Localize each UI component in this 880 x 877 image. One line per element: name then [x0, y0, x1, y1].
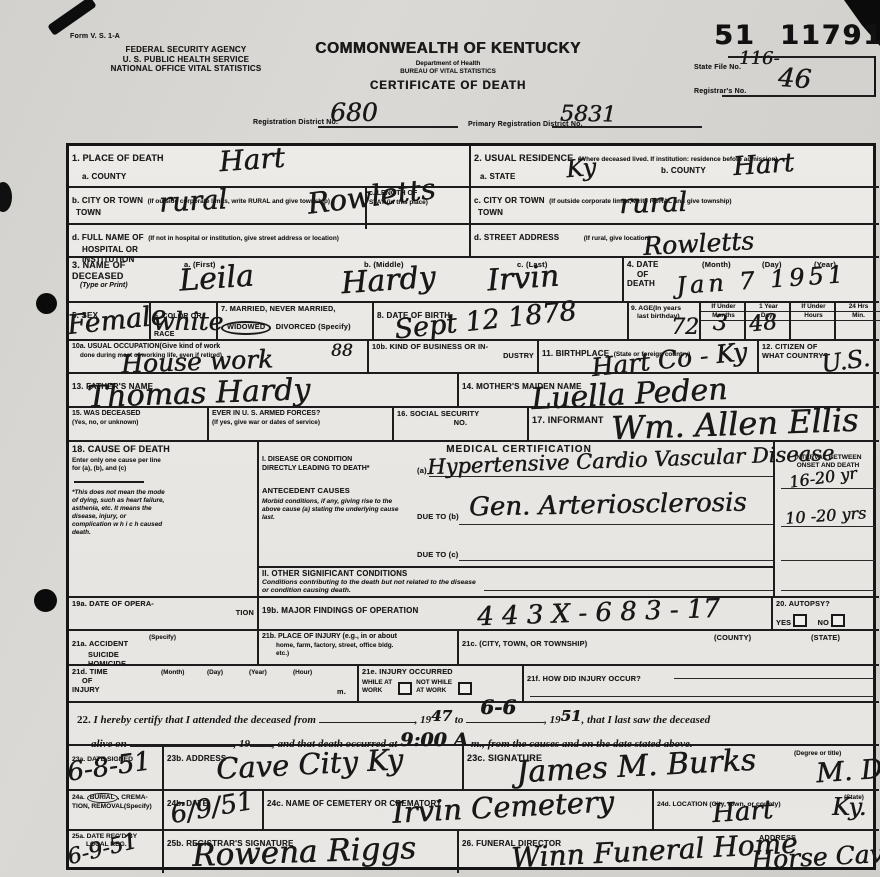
birthplace-cell: 11. BIRTHPLACE (State or foreign country…: [539, 341, 759, 374]
cause-of-death-side-cell: 18. CAUSE OF DEATH Enter only one cause …: [69, 442, 259, 598]
autopsy-no-checkbox: [831, 614, 845, 627]
registrar-signature-value: Rowena Riggs: [192, 833, 417, 872]
date-signed-cell: 23a. DATE SIGNED 6-8-51: [69, 746, 164, 791]
age-min-col: 24 Hrs Min.: [834, 303, 880, 341]
middle-name-value: Hardy: [340, 263, 436, 300]
injury-place-label: 21b. PLACE OF INJURY (e.g., in or about: [262, 633, 454, 642]
scan-edge-mark: [0, 182, 12, 212]
hospital-cell: d. FULL NAME OF (If not in hospital or i…: [69, 225, 471, 258]
street-address-cell: d. STREET ADDRESS (If rural, give locati…: [471, 225, 879, 258]
injury-place-note2: etc.): [276, 650, 454, 658]
title-block: COMMONWEALTH OF KENTUCKY Department of H…: [300, 40, 596, 92]
injury-city-label: 21c. (CITY, TOWN, OR TOWNSHIP): [462, 639, 587, 648]
residence-cell: 2. USUAL RESIDENCE (Where deceased lived…: [471, 146, 879, 188]
street-label: d. STREET ADDRESS: [474, 233, 559, 242]
certify-to-year: 51: [561, 707, 582, 725]
registrar-no-value: 46: [777, 65, 812, 93]
marital-label: 7. MARRIED, NEVER MARRIED,: [221, 305, 369, 314]
signature-degree: M. D: [815, 756, 880, 788]
age-col-head: 24 Hrs: [836, 303, 880, 312]
dod-title1: 4. DATE: [627, 260, 658, 270]
citizen-value: U.S.: [820, 346, 872, 377]
place-county-label: a. COUNTY: [82, 172, 126, 181]
street-value: Rowletts: [642, 228, 754, 259]
marital-cell: 7. MARRIED, NEVER MARRIED, WIDOWED DIVOR…: [218, 303, 374, 341]
scanned-death-certificate: Form V. S. 1-A FEDERAL SECURITY AGENCY U…: [0, 0, 880, 877]
morbid-note: Morbid conditions, if any, giving rise t…: [262, 498, 410, 522]
findings-value: 4 4 3 X - 6 8 3 - 17: [477, 596, 721, 630]
cause-a-label: (a): [417, 466, 427, 475]
name-title: 3. NAME OF DECEASED: [72, 260, 178, 282]
burial-location-cell: 24d. LOCATION (City, town, or county) (S…: [654, 791, 879, 831]
injury-county-label: (COUNTY): [714, 634, 751, 643]
burial-type-cell: 24a. BURIAL, CREMA- TION, REMOVAL(Specif…: [69, 791, 164, 831]
burial-rest1: , CREMA-: [118, 794, 148, 801]
stamped-volume-number: 51: [714, 20, 756, 51]
certify-text-4: , that I last saw the deceased: [581, 714, 710, 726]
stamped-certificate-number: 11791: [780, 20, 880, 51]
injury-day-label: (Day): [207, 669, 223, 677]
medical-certification-cell: MEDICAL CERTIFICATION I. DISEASE OR COND…: [259, 442, 879, 598]
ssn-cell: 16. SOCIAL SECURITY NO.: [394, 408, 529, 442]
accident-label1: 21a. ACCIDENT: [72, 639, 128, 648]
informant-value: Wm. Allen Ellis: [611, 404, 859, 445]
first-name-value: Leila: [178, 261, 255, 296]
residence-county-value: Hart: [732, 150, 795, 180]
injury-month-label: (Month): [161, 669, 184, 677]
residence-city-label: c. CITY OR TOWN: [474, 196, 545, 205]
autopsy-cell: 20. AUTOPSY? YES NO: [773, 598, 879, 631]
hospital-note: (If not in hospital or institution, give…: [148, 235, 339, 242]
age-hours-col: If Under Hours: [789, 303, 836, 341]
certify-text-1: I hereby certify that I attended the dec…: [94, 714, 316, 726]
father-value: Thomas Hardy: [87, 375, 311, 413]
due-to-b-label: DUE TO (b): [417, 512, 459, 521]
hospital-label: d. FULL NAME OF: [72, 233, 144, 242]
autopsy-yes-checkbox: [793, 614, 807, 627]
injury-how-label: 21f. HOW DID INJURY OCCUR?: [527, 674, 641, 683]
age-value: 72: [671, 317, 699, 339]
not-at-work-label: NOT WHILE: [416, 679, 452, 687]
burial-rest2: TION, REMOVAL(Specify): [72, 803, 159, 811]
agency-block: FEDERAL SECURITY AGENCY U. S. PUBLIC HEA…: [74, 45, 298, 74]
signer-address-value: Cave City Ky: [215, 745, 403, 784]
autopsy-yes-label: YES: [776, 618, 791, 627]
autopsy-no-label: NO: [818, 618, 829, 627]
signature-value: James M. Burks: [515, 746, 756, 789]
major-findings-cell: 19b. MAJOR FINDINGS OF OPERATION 4 4 3 X…: [259, 598, 773, 631]
cause-note2: *This does not mean the mode of dying, s…: [72, 489, 167, 537]
date-of-operation-cell: 19a. DATE OF OPERA- TION: [69, 598, 259, 631]
certify-text-2: , 19: [415, 714, 432, 726]
antecedent-label: ANTECEDENT CAUSES: [262, 486, 350, 495]
age-days-value: 48: [748, 312, 778, 337]
hole-punch: [34, 589, 57, 612]
autopsy-label: 20. AUTOPSY?: [776, 600, 876, 609]
primary-district-value: 5831: [560, 104, 616, 127]
at-work-checkbox: [398, 682, 412, 695]
place-county-value: Hart: [218, 144, 286, 177]
armed-forces-note-a: (Yes, no, or unknown): [72, 419, 204, 427]
certify-to-date: 6-6: [480, 697, 516, 717]
occupation-code: 88: [331, 343, 353, 360]
burial-word-circled: BURIAL: [87, 793, 118, 803]
accident-note: (Specify): [149, 634, 176, 642]
residence-title: 2. USUAL RESIDENCE: [474, 153, 573, 163]
burial-date-value: 6/9/51: [168, 788, 255, 828]
dept-line: Department of Health: [300, 60, 596, 68]
page-title: COMMONWEALTH OF KENTUCKY: [300, 40, 596, 58]
occupation-cell: 10a. USUAL OCCUPATION(Give kind of work …: [69, 341, 369, 374]
burial-state-value: Ky.: [832, 795, 866, 819]
sex-cell: 5. SEX Female: [69, 303, 151, 341]
how-injury-cell: 21f. HOW DID INJURY OCCUR?: [524, 666, 879, 703]
cemetery-value: Irvin Cemetery: [391, 787, 614, 828]
age-hours-label: Hours: [791, 312, 836, 321]
injury-place-note: home, farm, factory, street, office bldg…: [276, 642, 454, 650]
interval-b-value: 10 -20 yrs: [785, 505, 867, 527]
place-of-death-title: 1. PLACE OF DEATH: [72, 153, 164, 163]
place-city-cell: b. CITY OR TOWN (If outside corporate li…: [69, 188, 471, 225]
date-received-cell: 25a. DATE REC'D BY LOCAL REG. 6-9-51: [69, 831, 164, 873]
signature-cell: 23c. SIGNATURE (Degree or title) James M…: [464, 746, 879, 791]
armed-forces-note-b: (If yes, give war or dates of service): [212, 419, 389, 427]
residence-city-value: rural: [619, 189, 688, 218]
burial-date-cell: 24b. DATE 6/9/51: [164, 791, 264, 831]
cause-note1: Enter only one cause per line for (a), (…: [72, 457, 162, 473]
time-of-injury-cell: 21d. TIME OF INJURY (Month) (Day) (Year)…: [69, 666, 359, 703]
scan-corner-mark: [47, 0, 96, 36]
dod-title2: OF: [637, 270, 658, 280]
agency-line: NATIONAL OFFICE VITAL STATISTICS: [74, 64, 298, 74]
injury-state-label: (STATE): [811, 634, 840, 643]
place-of-injury-cell: 21b. PLACE OF INJURY (e.g., in or about …: [259, 631, 459, 666]
residence-city-cell: c. CITY OR TOWN (If outside corporate li…: [471, 188, 879, 225]
certificate-form: 1. PLACE OF DEATH a. COUNTY Hart 2. USUA…: [66, 143, 876, 870]
cause-title: 18. CAUSE OF DEATH: [72, 444, 254, 455]
operation-label-b: 19b. MAJOR FINDINGS OF OPERATION: [262, 606, 419, 615]
date-of-death-cell: 4. DATE OF DEATH (Month) (Day) (Year) Ja…: [624, 258, 879, 303]
ssn-label2: NO.: [397, 419, 524, 428]
residence-state-value: Ky: [565, 155, 597, 182]
injury-m-label: m.: [337, 688, 346, 697]
marital-divorced-label: DIVORCED (Specify): [276, 322, 351, 331]
name-cell: 3. NAME OF DECEASED (Type or Print) a. (…: [69, 258, 624, 303]
citizen-cell: 12. CITIZEN OF WHAT COUNTRY? U.S.: [759, 341, 879, 374]
burial-prefix: 24a.: [72, 794, 85, 801]
form-number: Form V. S. 1-A: [70, 33, 120, 41]
not-at-work-label2: AT WORK: [416, 687, 452, 695]
bureau-line: BUREAU OF VITAL STATISTICS: [300, 68, 596, 76]
burial-location-value: Hart: [711, 797, 774, 827]
injury-hour-label: (Hour): [293, 669, 312, 677]
age-min-label: Min.: [836, 312, 880, 321]
age-col-head: If Under: [791, 303, 836, 312]
certify-from-year: 47: [431, 707, 452, 725]
residence-state-label: a. STATE: [480, 172, 516, 181]
registrar-signature-cell: 25b. REGISTRAR'S SIGNATURE Rowena Riggs: [164, 831, 459, 873]
age-cell: 9. AGE(In years last birthday) If Under …: [629, 303, 879, 341]
place-city-value: rural: [158, 186, 227, 217]
residence-county-label: b. COUNTY: [661, 166, 706, 176]
other-conditions-note: Conditions contributing to the death but…: [262, 579, 477, 596]
certify-text-3: to: [455, 714, 464, 726]
agency-line: FEDERAL SECURITY AGENCY: [74, 45, 298, 55]
dob-value: Sept 12 1878: [393, 298, 578, 344]
date-signed-value: 6-8-51: [66, 748, 153, 785]
funeral-director-cell: 26. FUNERAL DIRECTOR ADDRESS Winn Funera…: [459, 831, 879, 873]
disease-label2: DIRECTLY LEADING TO DEATH*: [262, 465, 417, 474]
operation-label-a: 19a. DATE OF OPERA-: [72, 600, 254, 609]
state-file-value: 116-: [739, 50, 779, 68]
injury-year-label: (Year): [249, 669, 267, 677]
cemetery-cell: 24c. NAME OF CEMETERY OR CREMATORY Irvin…: [264, 791, 654, 831]
hole-punch: [36, 293, 57, 314]
age-months-value: 3: [712, 312, 728, 335]
agency-line: U. S. PUBLIC HEALTH SERVICE: [74, 55, 298, 65]
last-name-value: Irvin: [486, 262, 560, 297]
cause-b-value: Gen. Arteriosclerosis: [469, 490, 747, 521]
operation-label-a2: TION: [72, 609, 254, 618]
name-title-note: (Type or Print): [80, 282, 178, 291]
place-city-label: b. CITY OR TOWN: [72, 196, 143, 205]
certify-text-2b: , 19: [544, 714, 561, 726]
signer-address-cell: 23b. ADDRESS Cave City Ky: [164, 746, 464, 791]
certificate-title: CERTIFICATE OF DEATH: [300, 80, 596, 92]
injury-city-cell: 21c. (CITY, TOWN, OR TOWNSHIP) (COUNTY) …: [459, 631, 879, 666]
accident-cell: 21a. ACCIDENT (Specify) SUICIDE HOMICIDE: [69, 631, 259, 666]
armed-forces-cell-b: EVER IN U. S. ARMED FORCES? (If yes, giv…: [209, 408, 394, 442]
disease-label1: I. DISEASE OR CONDITION: [262, 456, 417, 465]
business-label2: DUSTRY: [372, 352, 534, 361]
hospital-label2: HOSPITAL OR: [82, 245, 466, 255]
certify-number: 22.: [77, 714, 91, 726]
occupation-value: House work: [121, 346, 274, 376]
dod-title3: DEATH: [627, 279, 658, 289]
at-work-label: WHILE AT: [362, 679, 392, 687]
injury-time-label3: INJURY: [72, 686, 108, 695]
business-cell: 10b. KIND OF BUSINESS OR IN- DUSTRY: [369, 341, 539, 374]
other-conditions-title: II. OTHER SIGNIFICANT CONDITIONS: [262, 569, 407, 578]
father-cell: 13. FATHER'S NAME Thomas Hardy: [69, 374, 459, 408]
street-note: (If rural, give location): [584, 235, 651, 242]
marital-widowed-circled: WIDOWED: [221, 321, 271, 335]
registration-district-value: 680: [330, 100, 378, 125]
due-to-c-label: DUE TO (c): [417, 550, 458, 559]
race-cell: 6. COLOR OR RACE white: [151, 303, 218, 341]
certification-statement-cell: 22. I hereby certify that I attended the…: [69, 703, 879, 746]
state-file-label: State File No.: [694, 64, 741, 72]
armed-forces-label-b: EVER IN U. S. ARMED FORCES?: [212, 410, 389, 419]
not-at-work-checkbox: [458, 682, 472, 695]
at-work-label2: WORK: [362, 687, 392, 695]
race-value: white: [153, 309, 223, 334]
injury-occurred-label: 21e. INJURY OCCURRED: [362, 668, 519, 677]
date-of-birth-cell: 8. DATE OF BIRTH Sept 12 1878: [374, 303, 629, 341]
